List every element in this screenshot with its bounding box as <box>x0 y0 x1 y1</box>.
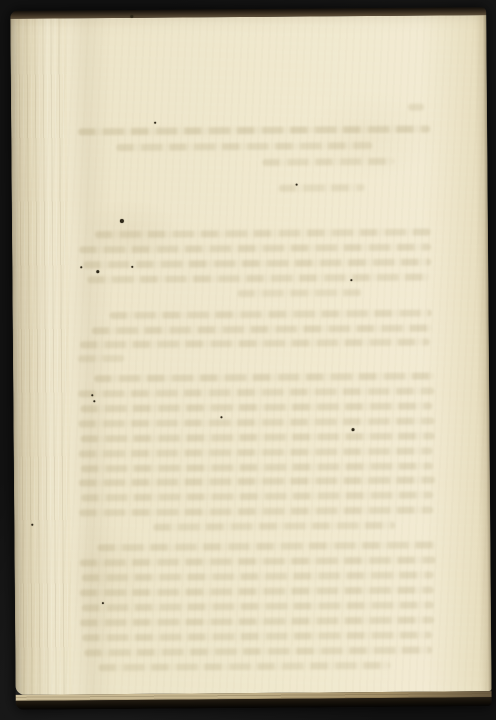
page-edge-streaks <box>10 18 71 694</box>
book-page-block <box>10 7 491 710</box>
book <box>0 0 496 720</box>
photo-background <box>0 0 496 720</box>
gutter-shading <box>66 18 115 694</box>
